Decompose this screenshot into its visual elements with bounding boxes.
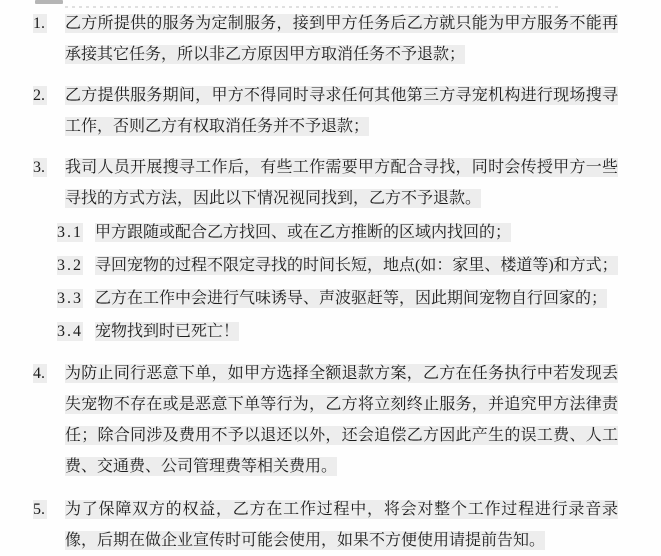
clause-text: 为防止同行恶意下单，如甲方选择全额退款方案，乙方在任务执行中若发现丢失宠物不存在…	[65, 364, 618, 476]
sub-clause-text: 寻回宠物的过程不限定寻找的时间长短，地点(如：家里、楼道等)和方式；	[95, 256, 618, 275]
clause-3: 3. 我司人员开展搜寻工作后，有些工作需要甲方配合寻找，同时会传授甲方一些寻找的…	[33, 152, 618, 214]
scan-smudge	[35, 0, 63, 4]
sub-clause-number: 3.3	[57, 282, 95, 315]
clause-4-body: 为防止同行恶意下单，如甲方选择全额退款方案，乙方在任务执行中若发现丢失宠物不存在…	[65, 358, 618, 482]
sub-clause-number-text: 3.2	[57, 256, 83, 275]
clause-1-body: 乙方所提供的服务为定制服务，接到甲方任务后乙方就只能为甲方服务不能再承接其它任务…	[65, 8, 618, 70]
clause-text: 乙方所提供的服务为定制服务，接到甲方任务后乙方就只能为甲方服务不能再承接其它任务…	[65, 14, 618, 64]
clause-number-text: 1.	[33, 14, 47, 33]
clause-4: 4. 为防止同行恶意下单，如甲方选择全额退款方案，乙方在任务执行中若发现丢失宠物…	[33, 358, 618, 482]
clause-2: 2. 乙方提供服务期间，甲方不得同时寻求任何其他第三方寻宠机构进行现场搜寻工作，…	[33, 80, 618, 142]
sub-clause-3-4: 3.4 宠物找到时已死亡！	[57, 315, 618, 348]
contract-terms-document: 1. 乙方所提供的服务为定制服务，接到甲方任务后乙方就只能为甲方服务不能再承接其…	[0, 0, 661, 556]
clause-5: 5. 为了保障双方的权益，乙方在工作过程中，将会对整个工作过程进行录音录像，后期…	[33, 494, 618, 556]
sub-clause-3-2: 3.2 寻回宠物的过程不限定寻找的时间长短，地点(如：家里、楼道等)和方式；	[57, 249, 618, 282]
clause-2-body: 乙方提供服务期间，甲方不得同时寻求任何其他第三方寻宠机构进行现场搜寻工作，否则乙…	[65, 80, 618, 142]
sub-clause-number-text: 3.4	[57, 322, 83, 341]
clause-number-text: 2.	[33, 86, 47, 105]
clause-1-number: 1.	[33, 8, 65, 39]
clause-2-number: 2.	[33, 80, 65, 111]
sub-clause-number: 3.4	[57, 315, 95, 348]
clause-5-body: 为了保障双方的权益，乙方在工作过程中，将会对整个工作过程进行录音录像，后期在做企…	[65, 494, 618, 556]
clause-text: 我司人员开展搜寻工作后，有些工作需要甲方配合寻找，同时会传授甲方一些寻找的方式方…	[65, 158, 618, 208]
clause-3-body: 我司人员开展搜寻工作后，有些工作需要甲方配合寻找，同时会传授甲方一些寻找的方式方…	[65, 152, 618, 214]
clause-number-text: 5.	[33, 500, 47, 519]
clause-5-number: 5.	[33, 494, 65, 525]
sub-clause-number: 3.2	[57, 249, 95, 282]
sub-clause-text: 乙方在工作中会进行气味诱导、声波驱赶等，因此期间宠物自行回家的；	[95, 289, 607, 308]
clause-number-text: 3.	[33, 158, 47, 177]
sub-clause-text: 甲方跟随或配合乙方找回、或在乙方推断的区域内找回的；	[95, 223, 511, 242]
sub-clause-3-3: 3.3 乙方在工作中会进行气味诱导、声波驱赶等，因此期间宠物自行回家的；	[57, 282, 618, 315]
sub-clause-body: 宠物找到时已死亡！	[95, 315, 618, 348]
clause-3-number: 3.	[33, 152, 65, 183]
sub-clause-body: 甲方跟随或配合乙方找回、或在乙方推断的区域内找回的；	[95, 216, 618, 249]
clause-text: 为了保障双方的权益，乙方在工作过程中，将会对整个工作过程进行录音录像，后期在做企…	[65, 500, 618, 550]
clause-text: 乙方提供服务期间，甲方不得同时寻求任何其他第三方寻宠机构进行现场搜寻工作，否则乙…	[65, 86, 618, 136]
sub-clause-number-text: 3.1	[57, 223, 83, 242]
sub-clause-body: 乙方在工作中会进行气味诱导、声波驱赶等，因此期间宠物自行回家的；	[95, 282, 618, 315]
sub-clause-body: 寻回宠物的过程不限定寻找的时间长短，地点(如：家里、楼道等)和方式；	[95, 249, 618, 282]
clause-3-sub-items: 3.1 甲方跟随或配合乙方找回、或在乙方推断的区域内找回的； 3.2 寻回宠物的…	[33, 216, 618, 348]
clause-4-number: 4.	[33, 358, 65, 389]
sub-clause-text: 宠物找到时已死亡！	[95, 322, 239, 341]
clause-1: 1. 乙方所提供的服务为定制服务，接到甲方任务后乙方就只能为甲方服务不能再承接其…	[33, 8, 618, 70]
clause-number-text: 4.	[33, 364, 47, 383]
sub-clause-number-text: 3.3	[57, 289, 83, 308]
sub-clause-number: 3.1	[57, 216, 95, 249]
sub-clause-3-1: 3.1 甲方跟随或配合乙方找回、或在乙方推断的区域内找回的；	[57, 216, 618, 249]
